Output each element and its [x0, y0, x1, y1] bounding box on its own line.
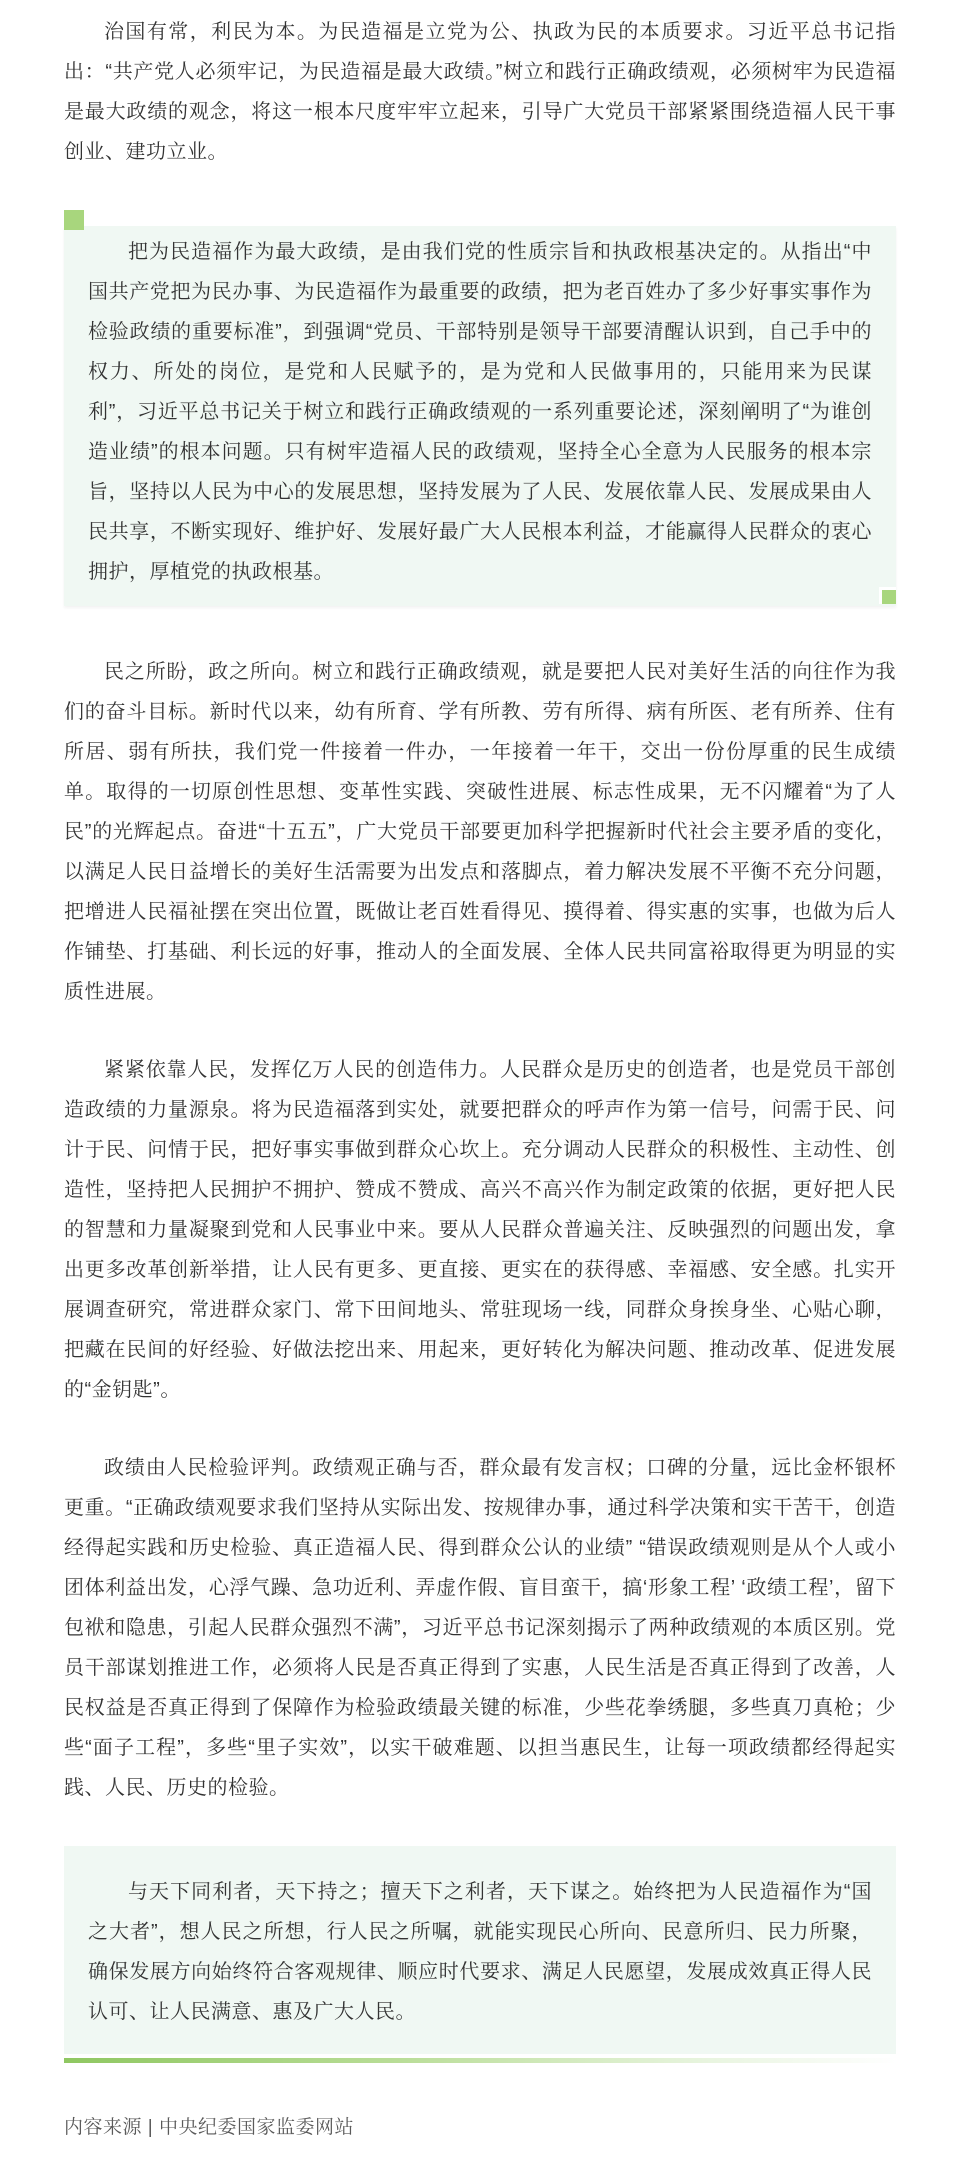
- paragraph-people-aspiration: 民之所盼，政之所向。树立和践行正确政绩观，就是要把人民对美好生活的向往作为我们的…: [64, 652, 896, 1012]
- quote-block-text: 与天下同利者，天下持之；擅天下之利者，天下谋之。始终把为人民造福作为“国之大者”…: [88, 1872, 872, 2032]
- paragraph-intro: 治国有常，利民为本。为民造福是立党为公、执政为民的本质要求。习近平总书记指出：“…: [64, 12, 896, 172]
- quote-block-background: 把为民造福作为最大政绩，是由我们党的性质宗旨和执政根基决定的。从指出“中国共产党…: [64, 226, 896, 606]
- highlight-quote-block-top: 把为民造福作为最大政绩，是由我们党的性质宗旨和执政根基决定的。从指出“中国共产党…: [64, 210, 896, 606]
- gradient-divider: [64, 2058, 896, 2063]
- content-source-line: 内容来源 | 中央纪委国家监委网站: [64, 2115, 896, 2141]
- article-page: 治国有常，利民为本。为民造福是立党为公、执政为民的本质要求。习近平总书记指出：“…: [0, 0, 960, 2170]
- highlight-quote-block-bottom: 与天下同利者，天下持之；擅天下之利者，天下谋之。始终把为人民造福作为“国之大者”…: [64, 1846, 896, 2054]
- paragraph-judged-by-people: 政绩由人民检验评判。政绩观正确与否，群众最有发言权；口碑的分量，远比金杯银杯更重…: [64, 1448, 896, 1808]
- paragraph-rely-on-people: 紧紧依靠人民，发挥亿万人民的创造伟力。人民群众是历史的创造者，也是党员干部创造政…: [64, 1050, 896, 1410]
- green-square-icon: [64, 210, 84, 230]
- green-square-icon: [879, 587, 896, 604]
- quote-block-text: 把为民造福作为最大政绩，是由我们党的性质宗旨和执政根基决定的。从指出“中国共产党…: [88, 232, 872, 592]
